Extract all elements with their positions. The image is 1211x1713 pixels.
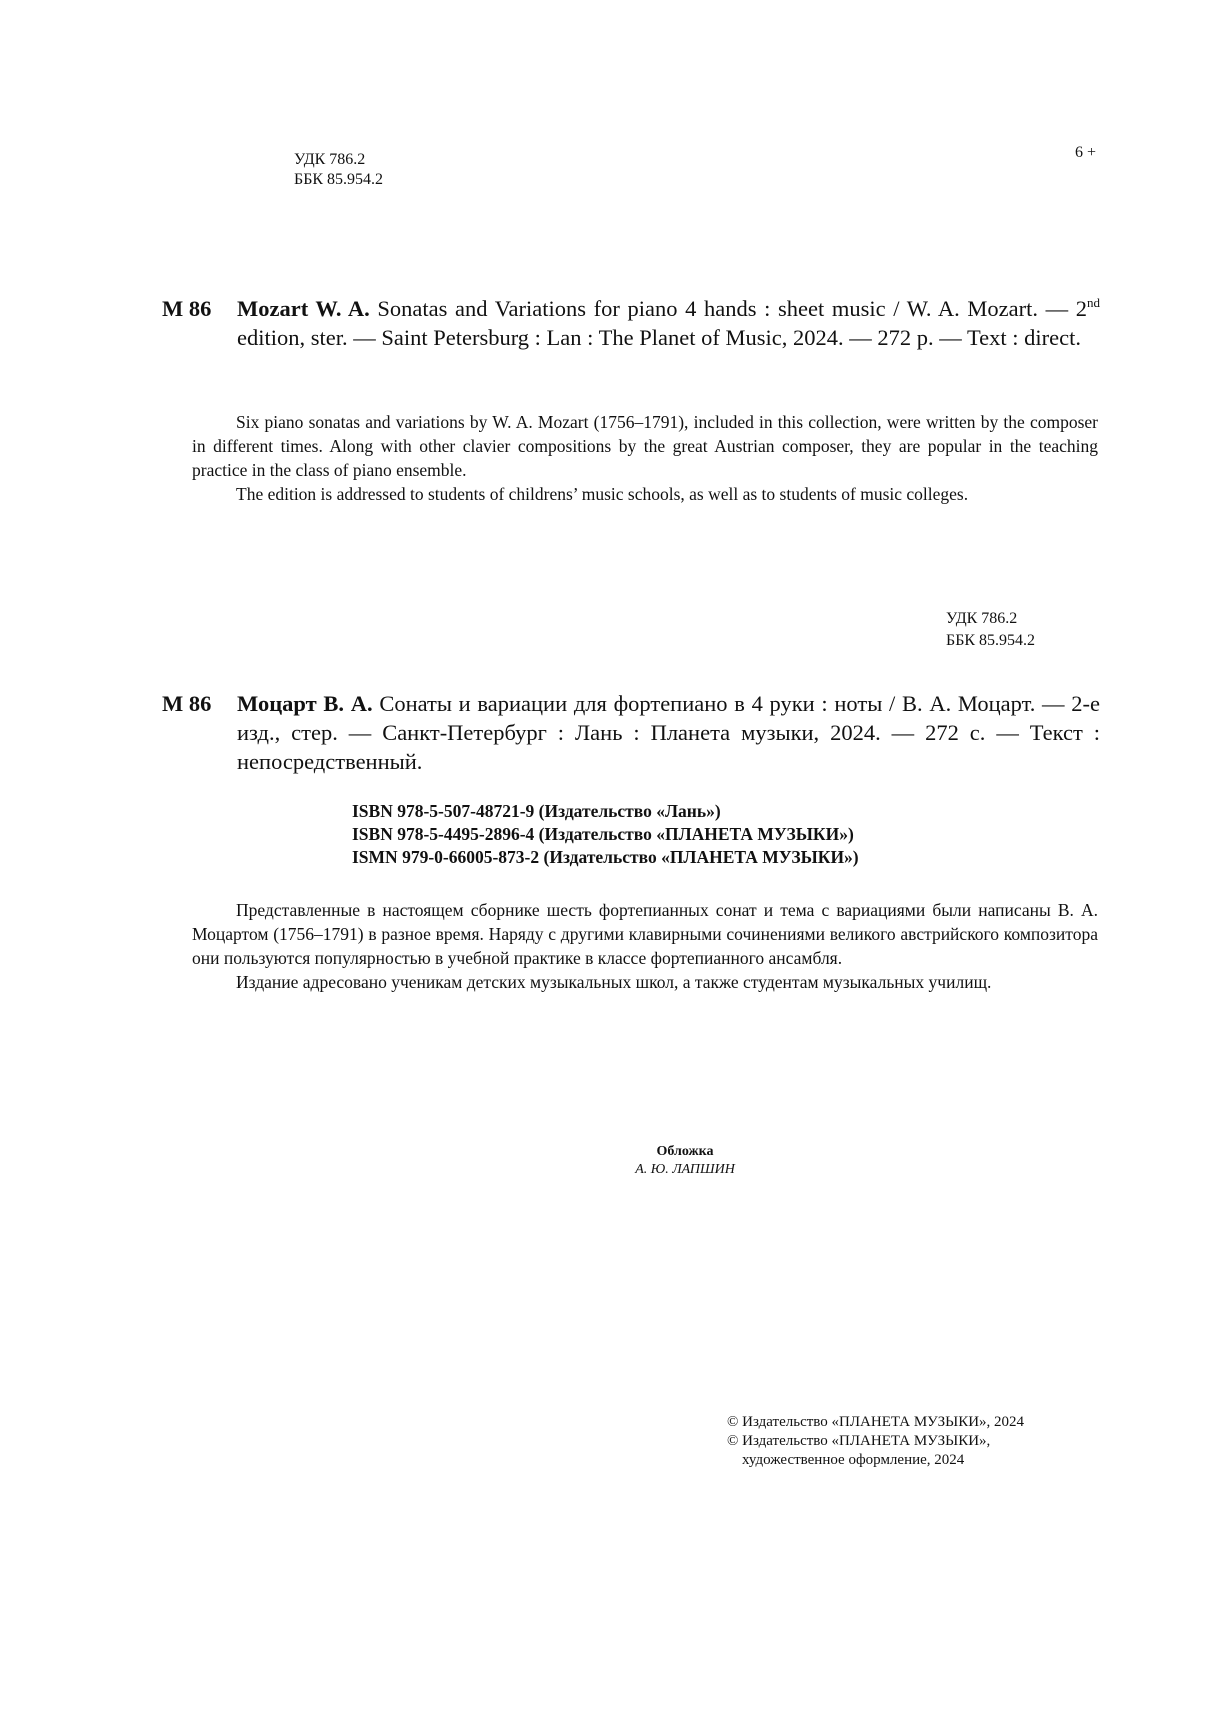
abstract-en: Six piano sonatas and variations by W. A… (192, 410, 1098, 506)
entry-body: Mozart W. A. Sonatas and Variations for … (237, 294, 1100, 352)
bibliographic-entry-en: M 86 Mozart W. A. Sonatas and Variations… (162, 294, 1100, 352)
isbn-block: ISBN 978-5-507-48721-9 (Издательство «Ла… (352, 800, 859, 869)
author-mark-code: М 86 (162, 689, 211, 718)
copyright-line: © Издательство «ПЛАНЕТА МУЗЫКИ», 2024 (727, 1413, 1024, 1432)
bbk-code: ББК 85.954.2 (946, 630, 1035, 652)
abstract-paragraph: Издание адресовано ученикам детских музы… (192, 970, 1098, 994)
cover-designer-name: А. Ю. ЛАПШИН (560, 1161, 810, 1179)
cover-credit-label: Обложка (560, 1143, 810, 1161)
udk-code: УДК 786.2 (946, 608, 1035, 630)
entry-title-part: Sonatas and Variations for piano 4 hands… (370, 296, 1087, 321)
ismn-line: ISMN 979-0-66005-873-2 (Издательство «ПЛ… (352, 846, 859, 869)
bbk-code: ББК 85.954.2 (294, 170, 383, 190)
author-mark-code: M 86 (162, 294, 211, 323)
abstract-paragraph: Представленные в настоящем сборнике шест… (192, 898, 1098, 970)
author-name: Mozart W. A. (237, 296, 370, 321)
entry-body: Моцарт В. А. Сонаты и вариации для форте… (237, 689, 1100, 776)
bibliographic-entry-ru: М 86 Моцарт В. А. Сонаты и вариации для … (162, 689, 1100, 776)
abstract-paragraph: The edition is addressed to students of … (192, 482, 1098, 506)
udk-code: УДК 786.2 (294, 150, 383, 170)
copyright-line: художественное оформление, 2024 (727, 1451, 1024, 1470)
edition-superscript: nd (1087, 295, 1100, 310)
author-name: Моцарт В. А. (237, 691, 373, 716)
copyright-line: © Издательство «ПЛАНЕТА МУЗЫКИ», (727, 1432, 1024, 1451)
isbn-line: ISBN 978-5-507-48721-9 (Издательство «Ла… (352, 800, 859, 823)
cover-credit: Обложка А. Ю. ЛАПШИН (560, 1143, 810, 1179)
abstract-paragraph: Six piano sonatas and variations by W. A… (192, 410, 1098, 482)
isbn-line: ISBN 978-5-4495-2896-4 (Издательство «ПЛ… (352, 823, 859, 846)
age-rating: 6 + (1075, 144, 1096, 162)
right-classification: УДК 786.2 ББК 85.954.2 (946, 608, 1035, 652)
entry-imprint-part: edition, ster. — Saint Petersburg : Lan … (237, 325, 1081, 350)
top-classification: УДК 786.2 ББК 85.954.2 (294, 150, 383, 190)
abstract-ru: Представленные в настоящем сборнике шест… (192, 898, 1098, 994)
copyright-block: © Издательство «ПЛАНЕТА МУЗЫКИ», 2024 © … (727, 1413, 1024, 1470)
